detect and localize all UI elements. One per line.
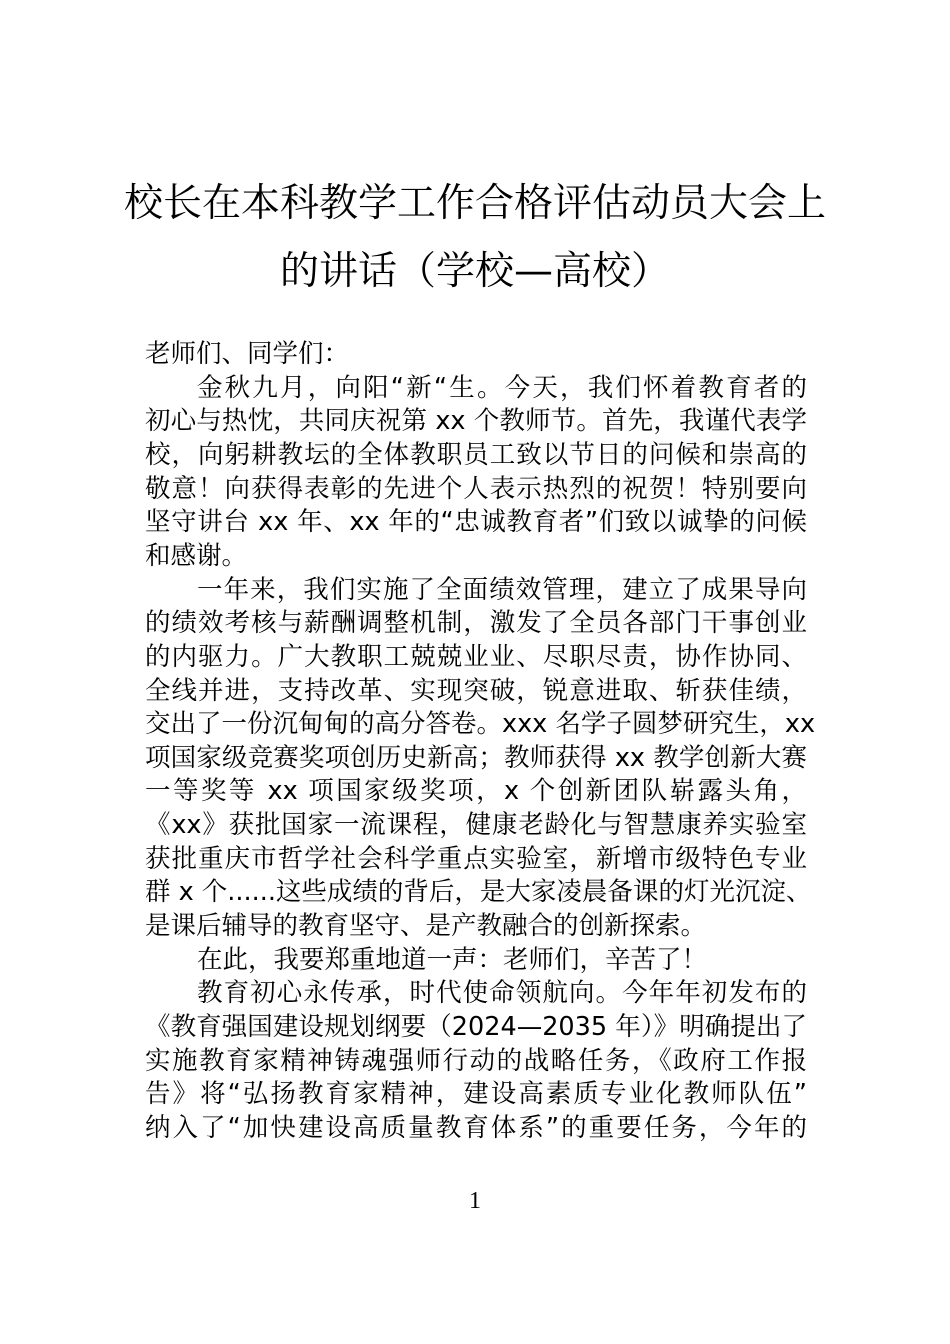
paragraph-line: 一年来，我们实施了全面绩效管理，建立了成果导向 — [197, 573, 807, 607]
paragraph-line: 校，向躬耕教坛的全体教职员工致以节日的问候和崇高的 — [145, 438, 807, 472]
title-line: 校长在本科教学工作合格评估动员大会上 — [0, 172, 950, 228]
paragraph-line: 初心与热忱，共同庆祝第 xx 个教师节。首先，我谨代表学 — [145, 404, 807, 438]
paragraph-line: 告》将“弘扬教育家精神，建设高素质专业化教师队伍” — [145, 1077, 807, 1111]
paragraph-line: 一等奖等 xx 项国家级奖项，x 个创新团队崭露头角， — [145, 774, 807, 808]
title-line: 的讲话（学校—高校） — [0, 240, 950, 296]
paragraph-line: 获批重庆市哲学社会科学重点实验室，新增市级特色专业 — [145, 842, 807, 876]
paragraph-line: 教育初心永传承，时代使命领航向。今年年初发布的 — [197, 976, 807, 1010]
paragraph-line: 全线并进，支持改革、实现突破，锐意进取、斩获佳绩， — [145, 674, 807, 708]
paragraph-line: 纳入了“加快建设高质量教育体系”的重要任务，今年的 — [145, 1111, 807, 1145]
paragraph-line: 交出了一份沉甸甸的高分答卷。xxx 名学子圆梦研究生，xx — [145, 707, 807, 741]
paragraph-line: 在此，我要郑重地道一声：老师们，辛苦了！ — [197, 943, 807, 977]
paragraph-line: 和感谢。 — [145, 539, 807, 573]
paragraph-line: 老师们、同学们： — [145, 337, 807, 371]
page-number: 1 — [0, 1188, 950, 1215]
paragraph-line: 群 x 个......这些成绩的背后，是大家凌晨备课的灯光沉淀、 — [145, 875, 807, 909]
paragraph-line: 《教育强国建设规划纲要（2024—2035 年）》明确提出了 — [145, 1010, 807, 1044]
paragraph-line: 项国家级竞赛奖项创历史新高；教师获得 xx 教学创新大赛 — [145, 741, 807, 775]
paragraph-line: 金秋九月，向阳“新“生。今天，我们怀着教育者的 — [197, 371, 807, 405]
paragraph-line: 的内驱力。广大教职工兢兢业业、尽职尽责，协作协同、 — [145, 640, 807, 674]
paragraph-line: 的绩效考核与薪酬调整机制，激发了全员各部门干事创业 — [145, 606, 807, 640]
paragraph-line: 《xx》获批国家一流课程，健康老龄化与智慧康养实验室 — [145, 808, 807, 842]
paragraph-line: 是课后辅导的教育坚守、是产教融合的创新探索。 — [145, 909, 807, 943]
paragraph-line: 敬意！向获得表彰的先进个人表示热烈的祝贺！特别要向 — [145, 472, 807, 506]
paragraph-line: 实施教育家精神铸魂强师行动的战略任务，《政府工作报 — [145, 1044, 807, 1078]
paragraph-line: 坚守讲台 xx 年、xx 年的“忠诚教育者”们致以诚挚的问候 — [145, 505, 807, 539]
